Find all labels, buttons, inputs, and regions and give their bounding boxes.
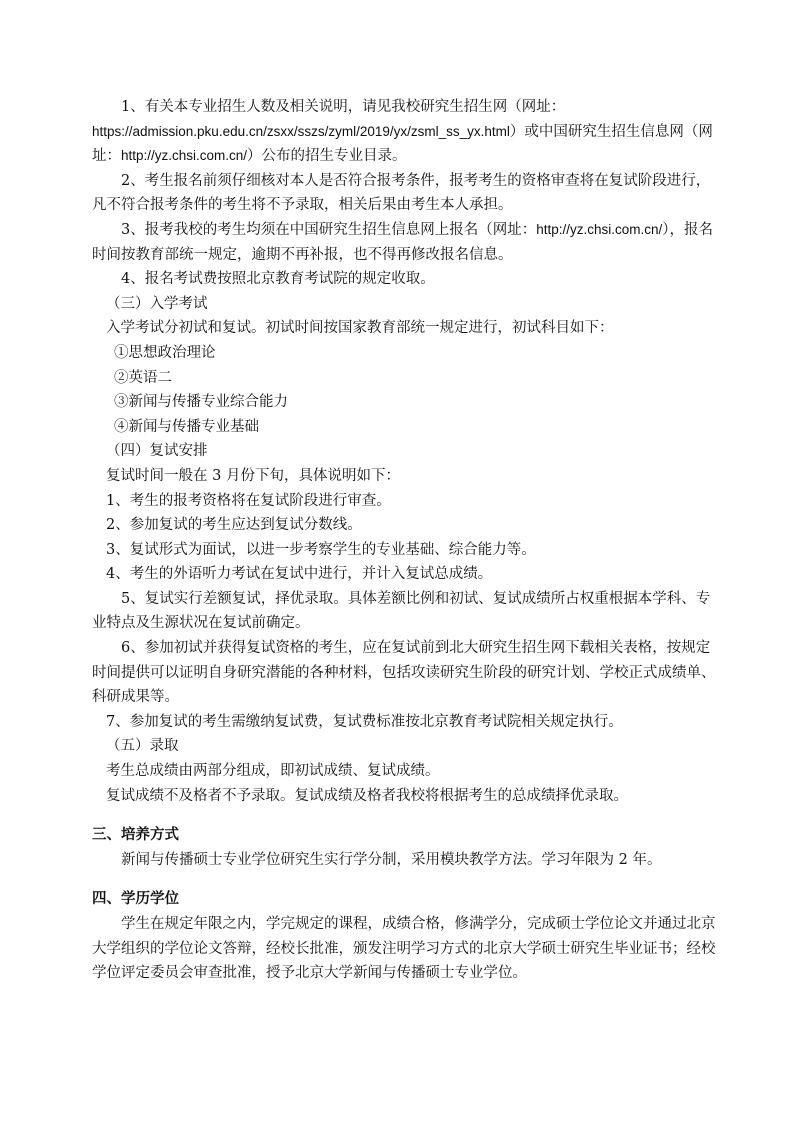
admission-heading: （五）录取 [92, 734, 720, 759]
section-4-title: 四、学历学位 [92, 887, 720, 912]
section-3-title: 三、培养方式 [92, 823, 720, 848]
subject-item: ④新闻与传播专业基础 [92, 415, 720, 440]
subject-item: ②英语二 [92, 366, 720, 391]
retest-item: 6、参加初试并获得复试资格的考生，应在复试前到北大研究生招生网下载相关表格，按规… [92, 636, 720, 710]
exam-intro: 入学考试分初试和复试。初试时间按国家教育部统一规定进行，初试科目如下： [92, 316, 720, 341]
subject-item: ①思想政治理论 [92, 341, 720, 366]
retest-heading: （四）复试安排 [92, 439, 720, 464]
chsi-link[interactable]: http://yz.chsi.com.cn/ [121, 148, 247, 163]
retest-item: 3、复试形式为面试，以进一步考察学生的专业基础、综合能力等。 [92, 538, 720, 563]
retest-item: 1、考生的报考资格将在复试阶段进行审查。 [92, 489, 720, 514]
retest-item: 2、参加复试的考生应达到复试分数线。 [92, 513, 720, 538]
chsi-link-2[interactable]: http://yz.chsi.com.cn/ [536, 222, 662, 237]
section-4-text: 学生在规定年限之内，学完规定的课程，成绩合格，修满学分，完成硕士学位论文并通过北… [92, 912, 720, 986]
subject-item: ③新闻与传播专业综合能力 [92, 390, 720, 415]
paragraph-4: 4、报名考试费按照北京教育考试院的规定收取。 [92, 267, 720, 292]
document-page: 1、有关本专业招生人数及相关说明，请见我校研究生招生网（网址：https://a… [92, 95, 720, 986]
section-3-text: 新闻与传播硕士专业学位研究生实行学分制，采用模块教学方法。学习年限为 2 年。 [92, 848, 720, 873]
retest-item: 5、复试实行差额复试，择优录取。具体差额比例和初试、复试成绩所占权重根据本学科、… [92, 587, 720, 636]
paragraph-1: 1、有关本专业招生人数及相关说明，请见我校研究生招生网（网址：https://a… [92, 95, 720, 169]
retest-item: 7、参加复试的考生需缴纳复试费，复试费标准按北京教育考试院相关规定执行。 [92, 710, 720, 735]
admission-line: 复试成绩不及格者不予录取。复试成绩及格者我校将根据考生的总成绩择优录取。 [92, 784, 720, 809]
admission-link[interactable]: https://admission.pku.edu.cn/zsxx/sszs/z… [92, 124, 510, 139]
exam-heading: （三）入学考试 [92, 292, 720, 317]
admission-line: 考生总成绩由两部分组成，即初试成绩、复试成绩。 [92, 759, 720, 784]
paragraph-3: 3、报考我校的考生均须在中国研究生招生信息网上报名（网址：http://yz.c… [92, 218, 720, 267]
retest-intro: 复试时间一般在 3 月份下旬，具体说明如下： [92, 464, 720, 489]
retest-item: 4、考生的外语听力考试在复试中进行，并计入复试总成绩。 [92, 562, 720, 587]
paragraph-2: 2、考生报名前须仔细核对本人是否符合报考条件，报考考生的资格审查将在复试阶段进行… [92, 169, 720, 218]
